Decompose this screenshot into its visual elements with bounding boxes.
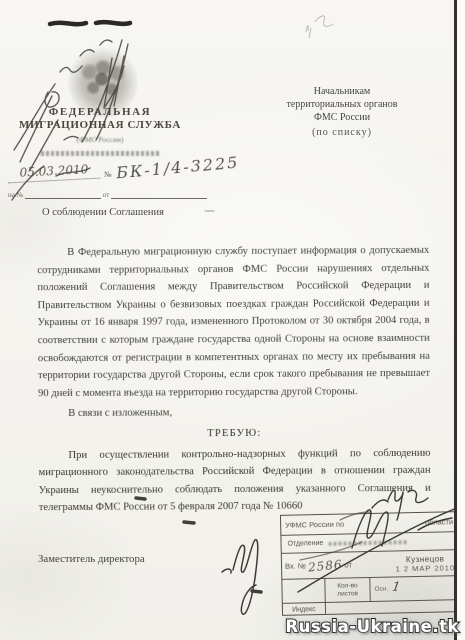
body-paragraph-1: В Федеральную миграционную службу поступ… — [37, 242, 430, 403]
reference-row: на № от — [8, 190, 238, 199]
addressee-line4: (по списку) — [272, 126, 412, 139]
stamp-empty-cell — [282, 579, 325, 603]
stamp-sheets-label: Кол-во листов — [325, 578, 370, 602]
stamp-vx-label: Вх. № — [285, 561, 306, 570]
incoming-registration-stamp: УФМС России по области Отделение Вх. № 2… — [280, 511, 460, 616]
stamp-office-left: УФМС России по — [285, 520, 344, 530]
stamp-row-incoming-number: Вх. № 2586 от Кузнецов 1 2 МАР 2010 — [282, 550, 459, 580]
stamp-osn-label: Осн. — [370, 576, 458, 601]
addressee-line2: территориальных органов — [272, 98, 412, 111]
number-sign: № — [104, 170, 112, 179]
addressee-line3: ФМС России — [272, 111, 412, 124]
ref-ot-blank-line — [111, 190, 207, 199]
subject-line: О соблюдении Соглашения — [42, 207, 164, 218]
stamp-row-index: Индекс — [283, 600, 459, 616]
demand-heading: ТРЕБУЮ: — [38, 424, 430, 444]
stamp-department-label: Отделение — [288, 540, 324, 548]
outgoing-number-handwritten: БК-1/4-3225 — [115, 153, 240, 183]
stamp-row-sheets: Кол-во листов Осн. — [282, 576, 458, 604]
top-scan-stroke — [50, 22, 130, 24]
stamp-sheets-label-line2: листов — [337, 590, 358, 597]
director-signature — [222, 540, 261, 615]
ref-na-blank-line — [25, 190, 101, 199]
pencil-mark-top-right — [306, 16, 333, 38]
stamp-ot-label: от — [344, 560, 352, 569]
scan-edge-margin — [457, 0, 465, 640]
stamp-incoming-number-handwritten: 2586 — [307, 557, 343, 574]
site-watermark: Russia-Ukraine.tk — [285, 617, 459, 636]
letterhead-line1: ФЕДЕРАЛЬНАЯ — [14, 106, 186, 118]
stamp-date: 1 2 МАР 2010 — [395, 563, 455, 573]
outgoing-date-handwritten: 05.03.2010 — [8, 162, 101, 184]
letterhead-line2: МИГРАЦИОННАЯ СЛУЖБА — [14, 119, 186, 131]
stamp-office-right: области — [425, 517, 453, 527]
ref-ot-label: от — [103, 191, 109, 199]
letter-body: В Федеральную миграционную службу поступ… — [37, 242, 431, 517]
stamp-index-label: Индекс — [283, 603, 326, 616]
addressee-block: Начальникам территориальных органов ФМС … — [272, 85, 412, 139]
ref-na-label: на № — [8, 191, 23, 199]
stamp-department-illegible — [328, 540, 406, 546]
stamp-name-date: Кузнецов 1 2 МАР 2010 — [395, 554, 455, 573]
letterhead: ФЕДЕРАЛЬНАЯ МИГРАЦИОННАЯ СЛУЖБА (ФМС Рос… — [14, 106, 186, 156]
addressee-line1: Начальникам — [272, 85, 412, 98]
signer-title: Заместитель директора — [38, 553, 145, 565]
body-paragraph-2: При осуществлении контрольно-надзорных ф… — [38, 444, 430, 517]
letterhead-line3: (ФМС России) — [14, 135, 186, 144]
scanned-letter-page: ФЕДЕРАЛЬНАЯ МИГРАЦИОННАЯ СЛУЖБА (ФМС Рос… — [0, 0, 465, 640]
body-transition: В связи с изложенным, — [38, 403, 430, 423]
stamp-sheets-label-line1: Кол-во — [337, 582, 357, 589]
letterhead-address-illegible — [41, 151, 159, 156]
